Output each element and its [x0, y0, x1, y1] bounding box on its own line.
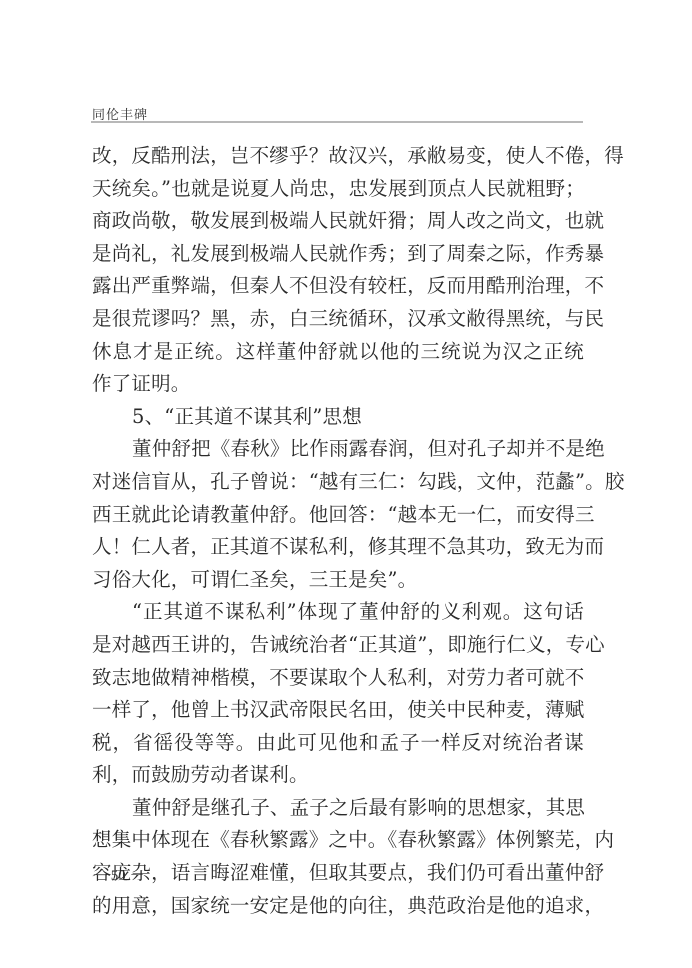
text-line: 容庞杂，语言晦涩难懂，但取其要点，我们仍可看出董仲舒 [92, 857, 584, 890]
text-line: 商政尚敬，敬发展到极端人民就奸猾；周人改之尚文，也就 [92, 205, 584, 238]
paragraph-first-line: 董仲舒是继孔子、孟子之后最有影响的思想家，其思 [92, 792, 584, 825]
paragraph-first-line: “正其道不谋私利”体现了董仲舒的义利观。这句话 [92, 596, 584, 629]
text-line: 致志地做精神楷模，不要谋取个人私利，对劳力者可就不 [92, 662, 584, 695]
text-line: 作了证明。 [92, 368, 584, 401]
text-line: 休息才是正统。这样董仲舒就以他的三统说为汉之正统 [92, 336, 584, 369]
page-number: － 50 － [92, 864, 145, 885]
text-line: 习俗大化，可谓仁圣矣，三王是矣”。 [92, 564, 584, 597]
text-line: 利，而鼓励劳动者谋利。 [92, 759, 584, 792]
text-line: 税，省徭役等等。由此可见他和孟子一样反对统治者谋 [92, 727, 584, 760]
body-text: 改，反酷刑法，岂不缪乎？故汉兴，承敝易变，使人不倦，得天统矣。”也就是说夏人尚忠… [92, 140, 584, 922]
text-line: 天统矣。”也就是说夏人尚忠，忠发展到顶点人民就粗野； [92, 173, 584, 206]
text-line: 露出严重弊端，但秦人不但没有较枉，反而用酷刑治理，不 [92, 270, 584, 303]
text-line: 的用意，国家统一安定是他的向往，典范政治是他的追求， [92, 890, 584, 923]
text-line: 是对越西王讲的，告诫统治者“正其道”，即施行仁义，专心 [92, 629, 584, 662]
text-line: 一样了，他曾上书汉武帝限民名田，使关中民种麦，薄赋 [92, 694, 584, 727]
text-line: 是很荒谬吗？黑，赤，白三统循环，汉承文敝得黑统，与民 [92, 303, 584, 336]
header-rule [91, 121, 583, 123]
paragraph-first-line: 5、“正其道不谋其利”思想 [92, 401, 584, 434]
text-line: 改，反酷刑法，岂不缪乎？故汉兴，承敝易变，使人不倦，得 [92, 140, 584, 173]
paragraph-first-line: 董仲舒把《春秋》比作雨露春润，但对孔子却并不是绝 [92, 433, 584, 466]
text-line: 想集中体现在《春秋繁露》之中。《春秋繁露》体例繁芜，内 [92, 824, 584, 857]
text-line: 人！仁人者，正其道不谋私利，修其理不急其功，致无为而 [92, 531, 584, 564]
text-line: 是尚礼，礼发展到极端人民就作秀；到了周秦之际，作秀暴 [92, 238, 584, 271]
text-line: 西王就此论请教董仲舒。他回答：“越本无一仁，而安得三 [92, 499, 584, 532]
text-line: 对迷信盲从，孔子曾说：“越有三仁：勾践，文仲，范蠡”。胶 [92, 466, 584, 499]
